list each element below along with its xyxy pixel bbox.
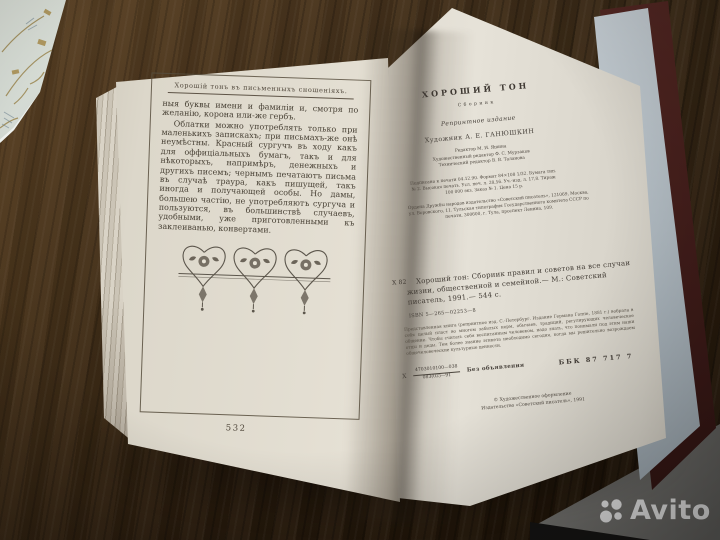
no-announcement-note: Без объявления	[467, 363, 525, 374]
page-number: 532	[127, 420, 345, 438]
left-page-content: Хорошій тонъ въ письменныхъ сношеніяхъ. …	[126, 58, 382, 466]
avito-watermark: Avito	[598, 486, 716, 534]
staff-credits: Редактор М. И. Яшина Художественный реда…	[401, 140, 562, 174]
index-fraction: 4703010100—038 083(02)—91	[413, 365, 461, 382]
bbk-code: ББК 87 717 7	[558, 351, 641, 366]
copyright-block: © Художественное оформление Издательство…	[433, 385, 633, 417]
running-head: Хорошій тонъ въ письменныхъ сношеніяхъ.	[152, 80, 370, 96]
index-letter: Х	[402, 373, 407, 380]
page-frame-border: Хорошій тонъ въ письменныхъ сношеніяхъ. …	[140, 72, 372, 419]
classmark: Х 82	[392, 279, 407, 289]
catalog-card: Х 82 Хороший тон: Сборник правил и совет…	[392, 258, 645, 420]
photo-open-book-on-table: Хорошій тонъ въ письменныхъ сношеніяхъ. …	[0, 0, 720, 540]
floral-ornament	[175, 243, 333, 318]
right-page-content: ХОРОШИЙ ТОН Сборник Репринтное издание Х…	[390, 7, 689, 488]
body-text: ныя буквы имени и фамиліи и, смотря по ж…	[158, 99, 358, 238]
avito-logo-icon	[598, 497, 625, 524]
colophon-masthead: ХОРОШИЙ ТОН Сборник Репринтное издание Х…	[395, 78, 566, 224]
index-denominator: 083(02)—91	[422, 373, 451, 380]
paragraph: Облатки можно употреблять только при мал…	[158, 119, 358, 238]
avito-watermark-text: Avito	[630, 497, 711, 524]
